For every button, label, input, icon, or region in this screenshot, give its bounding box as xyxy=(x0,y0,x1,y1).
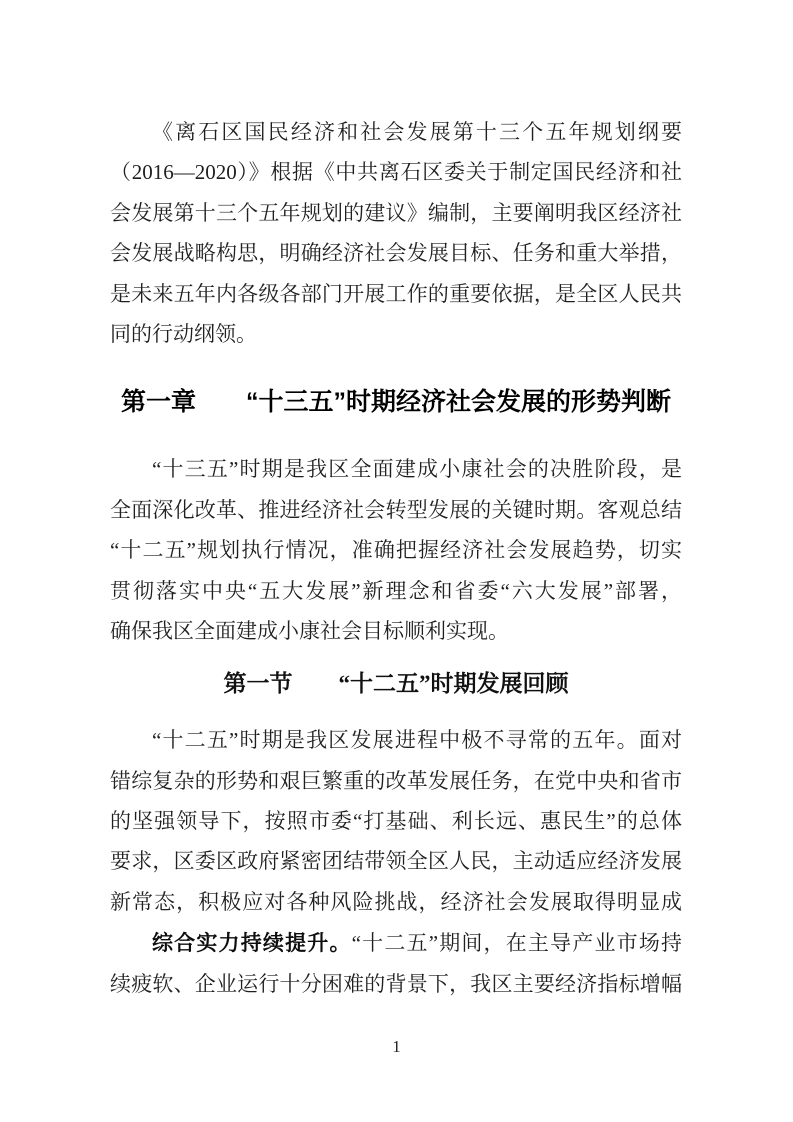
paragraph-line: “十二五”时期是我区发展进程中极不寻常的五年。面对 xyxy=(110,720,682,760)
paragraph-line: 全面深化改革、推进经济社会转型发展的关键时期。客观总结 xyxy=(110,490,682,530)
paragraph-line: 错综复杂的形势和艰巨繁重的改革发展任务，在党中央和省市 xyxy=(110,761,682,801)
page-number: 1 xyxy=(0,1038,793,1055)
paragraph-line: “十三五”时期是我区全面建成小康社会的决胜阶段，是 xyxy=(110,449,682,489)
paragraph-line-text: “十二五”期间，在主导产业市场持 xyxy=(352,931,682,955)
paragraph-intro: 《离石区国民经济和社会发展第十三个五年规划纲要 （2016—2020）》根据《中… xyxy=(110,112,682,354)
bold-lead-phrase: 综合实力持续提升。 xyxy=(152,931,352,955)
paragraph-line: 贯彻落实中央“五大发展”新理念和省委“六大发展”部署， xyxy=(110,571,682,611)
paragraph-line: 是未来五年内各级各部门开展工作的重要依据，是全区人民共 xyxy=(110,274,682,314)
paragraph-line: （2016—2020）》根据《中共离石区委关于制定国民经济和社 xyxy=(110,152,682,192)
paragraph-line: 的坚强领导下，按照市委“打基础、利长远、惠民生”的总体 xyxy=(110,801,682,841)
paragraph-line: 续疲软、企业运行十分困难的背景下，我区主要经济指标增幅 xyxy=(110,964,682,1004)
paragraph-line: 会发展第十三个五年规划的建议》编制，主要阐明我区经济社 xyxy=(110,193,682,233)
paragraph-review: “十二五”时期是我区发展进程中极不寻常的五年。面对 错综复杂的形势和艰巨繁重的改… xyxy=(110,720,682,922)
document-page: 《离石区国民经济和社会发展第十三个五年规划纲要 （2016—2020）》根据《中… xyxy=(0,0,793,1122)
section-heading: 第一节 “十二五”时期发展回顾 xyxy=(110,663,682,705)
paragraph-line: 新常态，积极应对各种风险挑战，经济社会发展取得明显成效。 xyxy=(110,882,682,922)
paragraph-strength: 综合实力持续提升。“十二五”期间，在主导产业市场持 续疲软、企业运行十分困难的背… xyxy=(110,923,682,1004)
paragraph-line: 确保我区全面建成小康社会目标顺利实现。 xyxy=(110,611,682,651)
paragraph-line: 综合实力持续提升。“十二五”期间，在主导产业市场持 xyxy=(110,923,682,963)
paragraph-line: “十二五”规划执行情况，准确把握经济社会发展趋势，切实 xyxy=(110,530,682,570)
paragraph-line: 会发展战略构思，明确经济社会发展目标、任务和重大举措， xyxy=(110,233,682,273)
paragraph-chapter-intro: “十三五”时期是我区全面建成小康社会的决胜阶段，是 全面深化改革、推进经济社会转… xyxy=(110,449,682,651)
paragraph-line: 同的行动纲领。 xyxy=(110,314,682,354)
text-column: 《离石区国民经济和社会发展第十三个五年规划纲要 （2016—2020）》根据《中… xyxy=(110,112,682,1004)
paragraph-line: 要求，区委区政府紧密团结带领全区人民，主动适应经济发展 xyxy=(110,841,682,881)
chapter-heading: 第一章 “十三五”时期经济社会发展的形势判断 xyxy=(110,381,682,423)
paragraph-line: 《离石区国民经济和社会发展第十三个五年规划纲要 xyxy=(110,112,682,152)
